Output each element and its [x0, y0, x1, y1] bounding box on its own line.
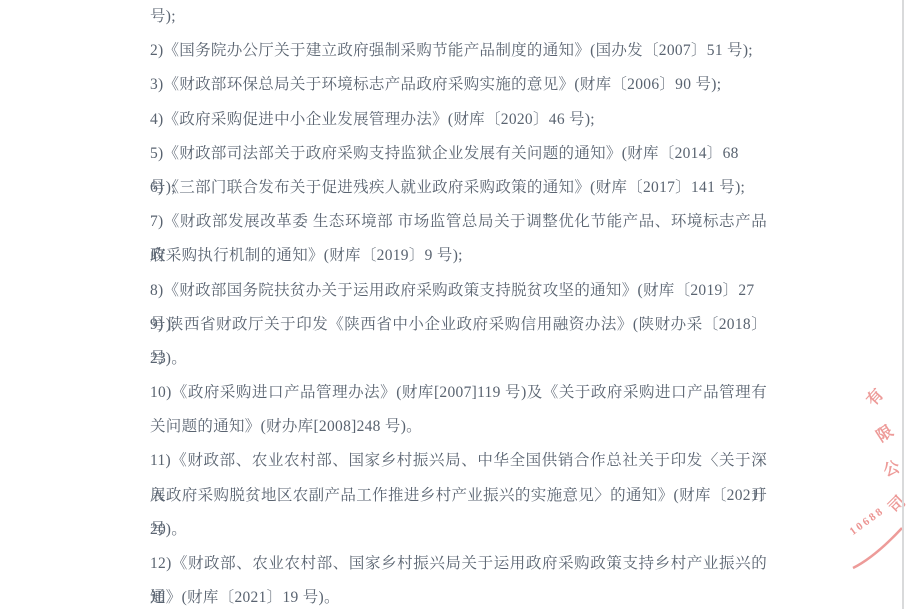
document-line: 9) 陕西省财政厅关于印发《陕西省中小企业政府采购信用融资办法》(陕财办采〔20… [150, 308, 767, 342]
seal-character: 有 [860, 383, 888, 410]
document-line: 知》(财库〔2021〕19 号)。 [150, 581, 767, 609]
document-line: 3)《财政部环保总局关于环境标志产品政府采购实施的意见》(财库〔2006〕90 … [150, 68, 767, 102]
document-line: 6)《三部门联合发布关于促进残疾人就业政府采购政策的通知》(财库〔2017〕14… [150, 171, 767, 205]
document-line: 8)《财政部国务院扶贫办关于运用政府采购政策支持脱贫攻坚的通知》(财库〔2019… [150, 274, 767, 308]
document-line: 2)《国务院办公厅关于建立政府强制采购节能产品制度的通知》(国办发〔2007〕5… [150, 34, 767, 68]
scanned-document-page: 号);2)《国务院办公厅关于建立政府强制采购节能产品制度的通知》(国办发〔200… [0, 0, 906, 609]
page-edge-line [902, 0, 904, 609]
document-line: 4)《政府采购促进中小企业发展管理办法》(财库〔2020〕46 号); [150, 103, 767, 137]
document-line: 12)《财政部、农业农村部、国家乡村振兴局关于运用政府采购政策支持乡村产业振兴的… [150, 547, 767, 581]
seal-arc [845, 372, 906, 582]
document-line: 号)。 [150, 513, 767, 547]
document-line: 号); [150, 0, 767, 34]
company-seal-stamp: 有 限 公 司 10688 [845, 372, 906, 582]
document-line: 5)《财政部司法部关于政府采购支持监狱企业发展有关问题的通知》(财库〔2014〕… [150, 137, 767, 171]
document-body: 号);2)《国务院办公厅关于建立政府强制采购节能产品制度的通知》(国办发〔200… [150, 0, 767, 609]
document-line: 关问题的通知》(财办库[2008]248 号)。 [150, 410, 767, 444]
document-line: 展政府采购脱贫地区农副产品工作推进乡村产业振兴的实施意见〉的通知》(财库〔202… [150, 479, 767, 513]
seal-character: 公 [880, 454, 903, 481]
document-line: 11)《财政部、农业农村部、国家乡村振兴局、中华全国供销合作总社关于印发〈关于深… [150, 444, 767, 478]
seal-character: 限 [871, 418, 897, 446]
document-line: 号)。 [150, 342, 767, 376]
seal-serial-number: 10688 [847, 505, 886, 538]
document-line: 10)《政府采购进口产品管理办法》(财库[2007]119 号)及《关于政府采购… [150, 376, 767, 410]
document-line: 7)《财政部发展改革委 生态环境部 市场监管总局关于调整优化节能产品、环境标志产… [150, 205, 767, 239]
document-line: 府采购执行机制的通知》(财库〔2019〕9 号); [150, 239, 767, 273]
